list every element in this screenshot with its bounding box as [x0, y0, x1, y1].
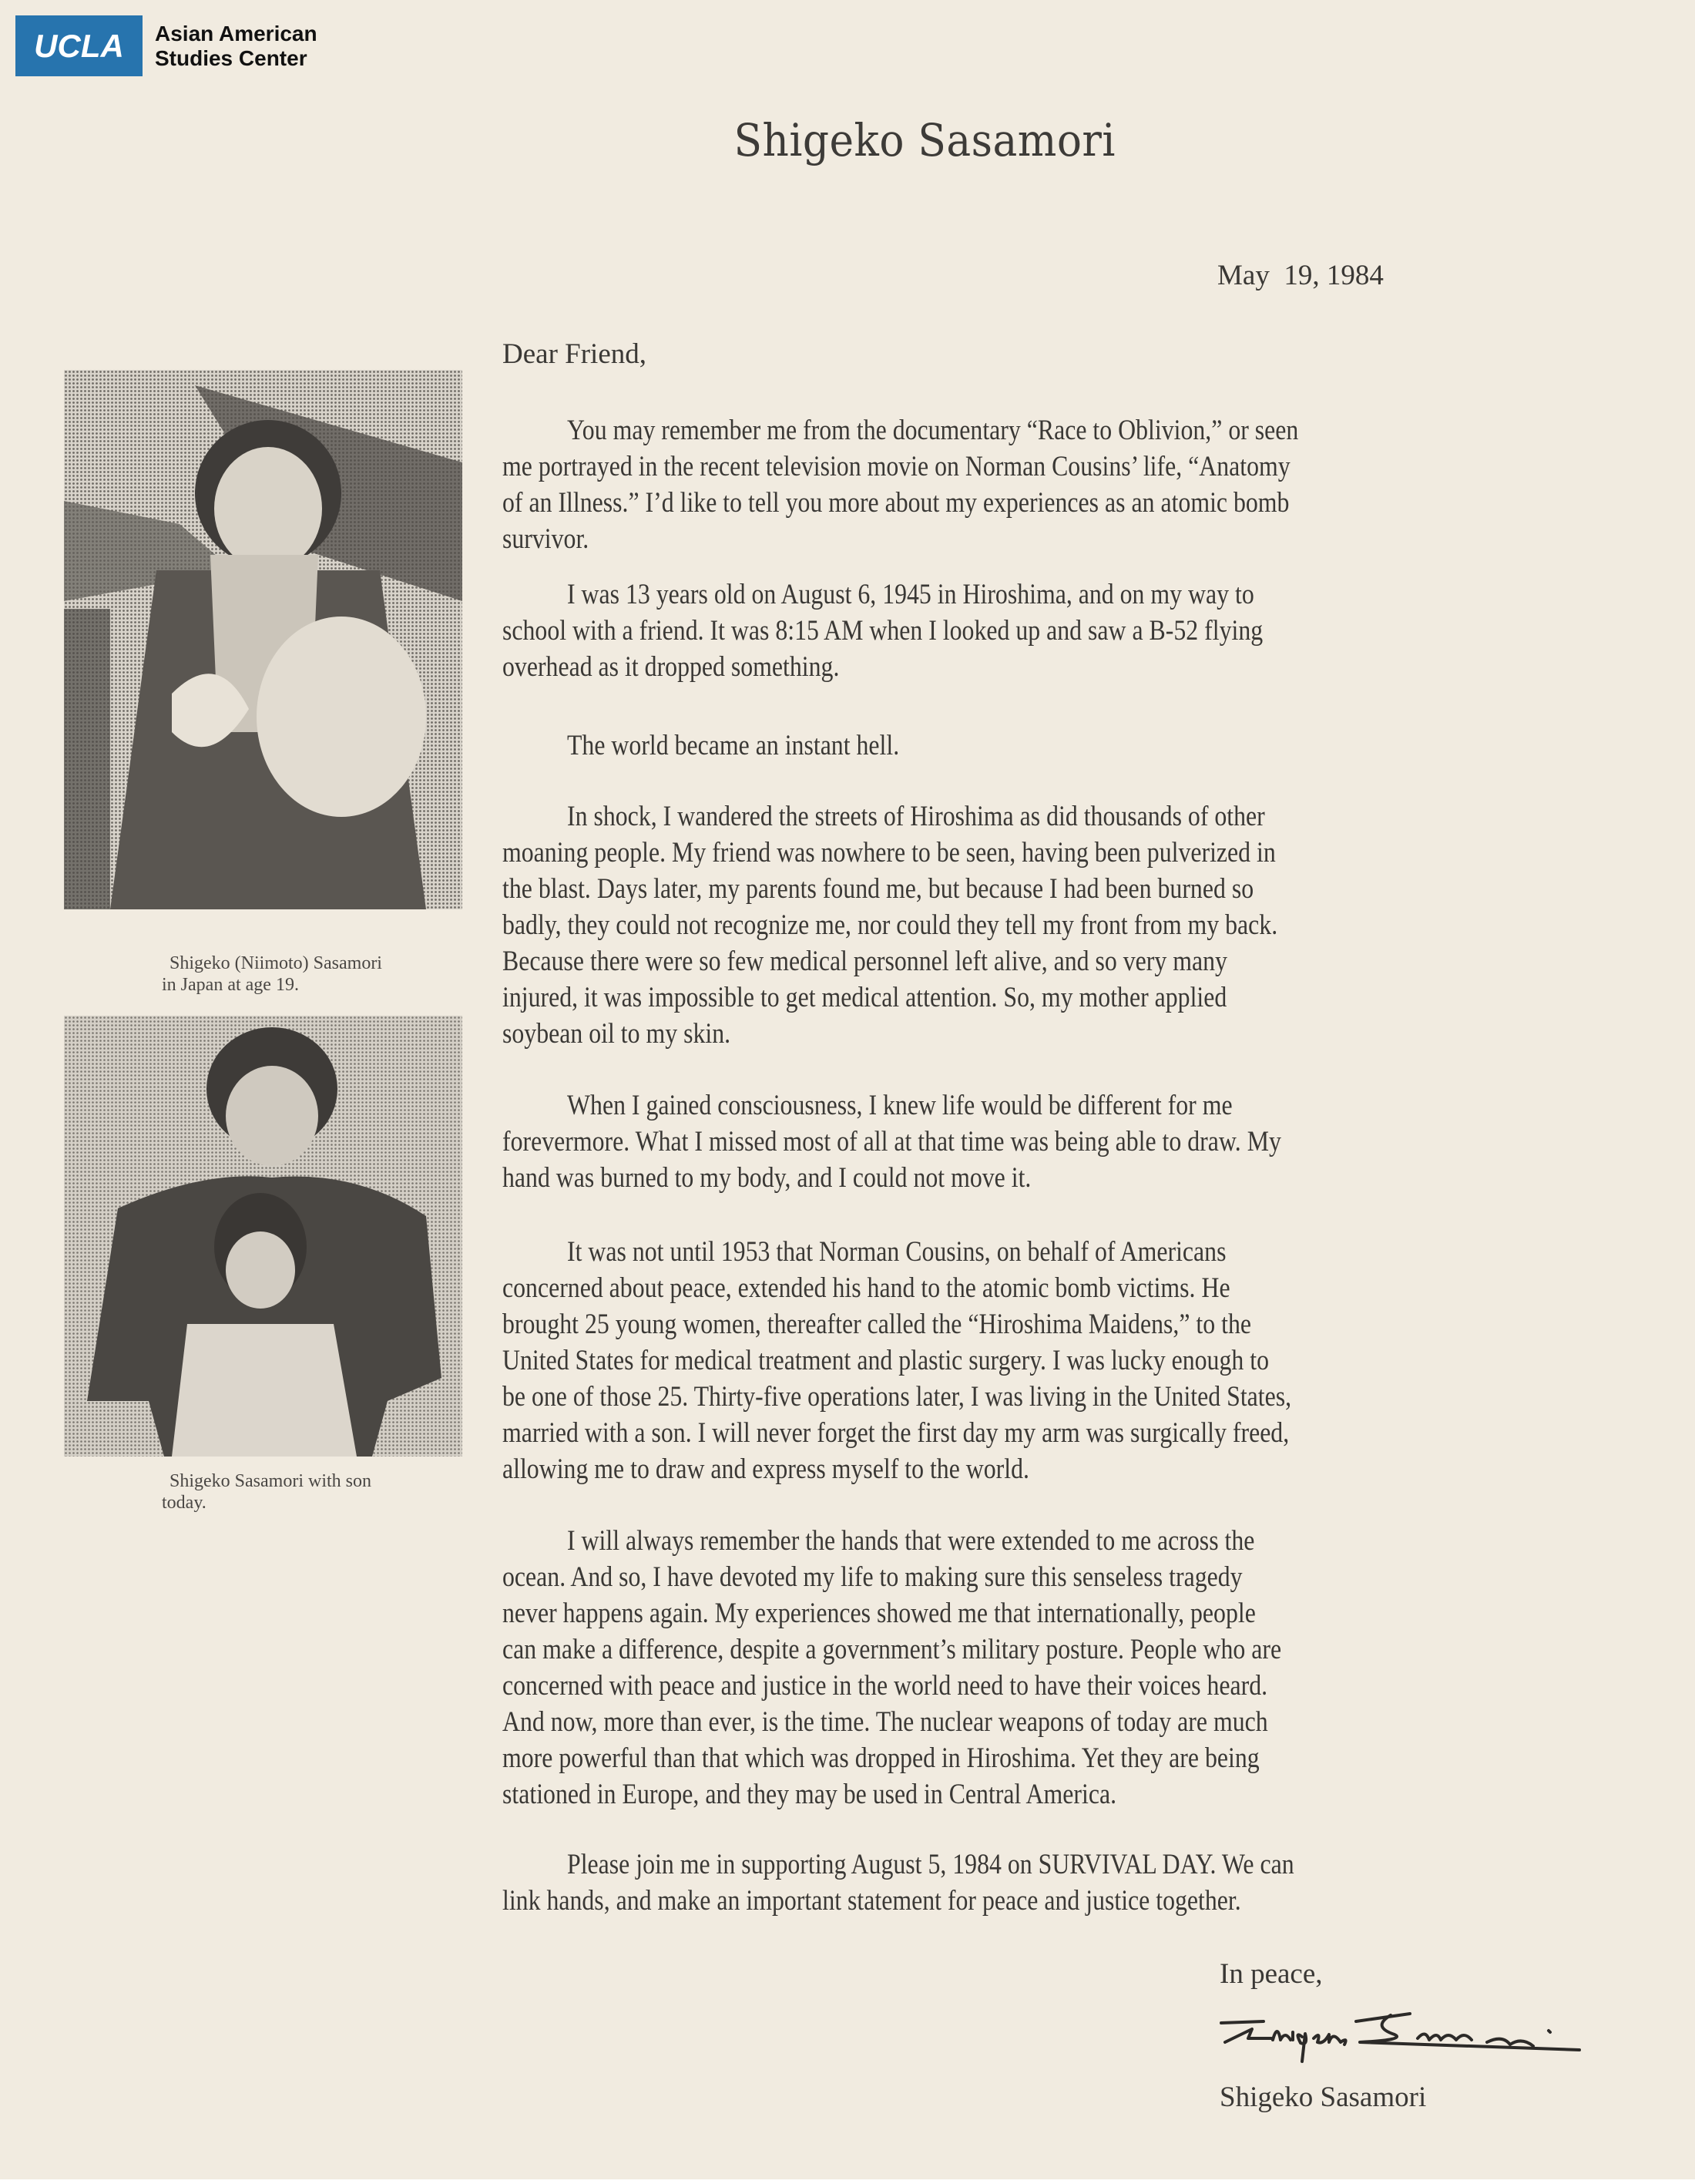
paragraph-line: It was not until 1953 that Norman Cousin…	[502, 1234, 1635, 1270]
body-paragraph: It was not until 1953 that Norman Cousin…	[502, 1234, 1635, 1487]
letter-closing: In peace,	[1220, 1957, 1323, 1991]
paragraph-line: allowing me to draw and express myself t…	[502, 1451, 1635, 1487]
paragraph-line: United States for medical treatment and …	[502, 1342, 1635, 1379]
letter-greeting: Dear Friend,	[502, 338, 646, 371]
paragraph-line: of an Illness.” I’d like to tell you mor…	[502, 485, 1635, 521]
body-paragraph: I was 13 years old on August 6, 1945 in …	[502, 576, 1635, 685]
paragraph-line: Please join me in supporting August 5, 1…	[502, 1846, 1635, 1883]
handwritten-signature	[1217, 2000, 1618, 2069]
paragraph-line: Because there were so few medical person…	[502, 943, 1635, 979]
caption-line: in Japan at age 19.	[162, 974, 382, 996]
photo-shigeko-with-son	[64, 1016, 462, 1457]
paragraph-line: link hands, and make an important statem…	[502, 1883, 1635, 1919]
body-paragraph: When I gained consciousness, I knew life…	[502, 1087, 1635, 1196]
paragraph-line: I will always remember the hands that we…	[502, 1523, 1635, 1559]
paragraph-line: badly, they could not recognize me, nor …	[502, 907, 1635, 943]
paragraph-line: married with a son. I will never forget …	[502, 1415, 1635, 1451]
letterhead-title-text: Shigeko Sasamori	[733, 114, 1115, 166]
paragraph-line: When I gained consciousness, I knew life…	[502, 1087, 1635, 1124]
paragraph-line: moaning people. My friend was nowhere to…	[502, 835, 1635, 871]
paragraph-line: soybean oil to my skin.	[502, 1016, 1635, 1052]
paragraph-line: stationed in Europe, and they may be use…	[502, 1776, 1635, 1813]
ucla-aasc-logo: UCLA Asian American Studies Center	[15, 15, 317, 76]
paragraph-line: injured, it was impossible to get medica…	[502, 979, 1635, 1016]
caption-line: Shigeko Sasamori with son	[169, 1470, 371, 1492]
photo-caption-young: Shigeko (Niimoto) Sasamori in Japan at a…	[169, 953, 382, 996]
paragraph-line: forevermore. What I missed most of all a…	[502, 1124, 1635, 1160]
paragraph-line: You may remember me from the documentary…	[502, 412, 1635, 449]
body-paragraph: The world became an instant hell.	[502, 727, 1635, 764]
caption-line: Shigeko (Niimoto) Sasamori	[169, 953, 382, 974]
paragraph-line: school with a friend. It was 8:15 AM whe…	[502, 613, 1635, 649]
paragraph-line: In shock, I wandered the streets of Hiro…	[502, 798, 1635, 835]
paragraph-line: never happens again. My experiences show…	[502, 1595, 1635, 1631]
body-paragraph: I will always remember the hands that we…	[502, 1523, 1635, 1813]
letterhead-title: Shigeko Sasamori	[0, 114, 1695, 166]
paragraph-line: more powerful than that which was droppe…	[502, 1740, 1635, 1776]
paragraph-line: The world became an instant hell.	[502, 727, 1635, 764]
paragraph-line: survivor.	[502, 521, 1635, 557]
body-paragraph: In shock, I wandered the streets of Hiro…	[502, 798, 1635, 1052]
paragraph-line: ocean. And so, I have devoted my life to…	[502, 1559, 1635, 1595]
center-name-line1: Asian American	[155, 22, 317, 46]
photo-young-shigeko	[64, 370, 462, 909]
body-paragraph: You may remember me from the documentary…	[502, 412, 1635, 557]
paragraph-line: I was 13 years old on August 6, 1945 in …	[502, 576, 1635, 613]
paragraph-line: concerned with peace and justice in the …	[502, 1668, 1635, 1704]
paragraph-line: overhead as it dropped something.	[502, 649, 1635, 685]
paragraph-line: be one of those 25. Thirty-five operatio…	[502, 1379, 1635, 1415]
paragraph-line: brought 25 young women, thereafter calle…	[502, 1306, 1635, 1342]
letter-page: UCLA Asian American Studies Center Shige…	[0, 0, 1695, 2179]
paragraph-line: can make a difference, despite a governm…	[502, 1631, 1635, 1668]
paragraph-line: hand was burned to my body, and I could …	[502, 1160, 1635, 1196]
paragraph-line: me portrayed in the recent television mo…	[502, 449, 1635, 485]
body-paragraph: Please join me in supporting August 5, 1…	[502, 1846, 1635, 1919]
signer-name: Shigeko Sasamori	[1220, 2081, 1426, 2114]
paragraph-line: And now, more than ever, is the time. Th…	[502, 1704, 1635, 1740]
ucla-logo-mark: UCLA	[15, 15, 143, 76]
caption-line: today.	[162, 1492, 371, 1514]
paragraph-line: concerned about peace, extended his hand…	[502, 1270, 1635, 1306]
letter-date: May 19, 1984	[1217, 259, 1384, 292]
paragraph-line: the blast. Days later, my parents found …	[502, 871, 1635, 907]
center-name: Asian American Studies Center	[155, 22, 317, 71]
center-name-line2: Studies Center	[155, 46, 317, 71]
photo-caption-with-son: Shigeko Sasamori with son today.	[169, 1470, 371, 1514]
